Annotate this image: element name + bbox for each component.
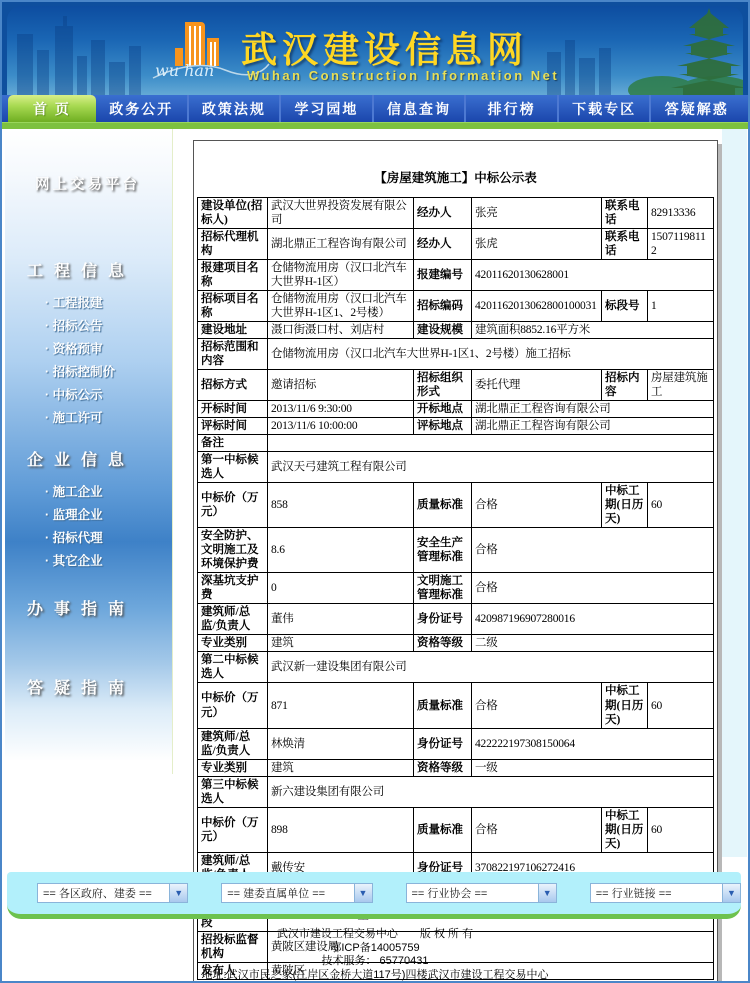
table-row: 中标价（万元）858质量标准合格中标工期(日历天)60 [198,483,714,528]
field-value-cell: 湖北鼎正工程咨询有限公司 [472,401,714,418]
chevron-down-icon[interactable]: ▼ [722,884,740,902]
table-row: 建设地址滠口街滠口村、刘店村建设规模建筑面积8852.16平方米 [198,322,714,339]
field-label-cell: 身份证号 [414,728,472,759]
commission-units-select[interactable]: == 建委直属单位 == ▼ [221,883,372,903]
field-label-cell: 第一中标候选人 [198,452,268,483]
field-value-cell: 邀请招标 [268,370,414,401]
field-value-cell: 1 [648,291,714,322]
field-label-cell: 资格等级 [414,759,472,776]
field-value-cell: 60 [648,807,714,852]
field-label-cell: 建设地址 [198,322,268,339]
main-navigation: 首 页 政务公开 政策法规 学习园地 信息查询 排行榜 下载专区 答疑解惑 [0,95,750,122]
table-row: 中标价（万元）898质量标准合格中标工期(日历天)60 [198,807,714,852]
field-label-cell: 第二中标候选人 [198,652,268,683]
sidebar-enterprise-info-list: 施工企业 监理企业 招标代理 其它企业 [5,482,172,574]
address-line: 地址:武汉市民之家(江岸区金桥大道117号)四楼武汉市建设工程交易中心 [0,969,750,983]
field-value-cell: 建筑面积8852.16平方米 [472,322,714,339]
field-label-cell: 备注 [198,435,268,452]
field-value-cell: 武汉新一建设集团有限公司 [268,652,714,683]
table-row: 深基坑支护费0文明施工管理标准合格 [198,573,714,604]
sidebar-section-faq-guide[interactable]: 答疑指南 [27,675,172,698]
header-banner: wu han 武汉建设信息网 Wuhan Construction Inform… [0,0,750,95]
field-label-cell: 经办人 [414,198,472,229]
field-label-cell: 招标组织形式 [414,370,472,401]
field-label-cell: 建筑师/总监/负责人 [198,604,268,635]
nav-tab-faq[interactable]: 答疑解惑 [651,95,742,122]
field-label-cell: 招标内容 [602,370,648,401]
sidebar-item-construction-permit[interactable]: 施工许可 [45,408,172,431]
field-value-cell: 张亮 [472,198,602,229]
table-row: 招标项目名称仓储物流用房（汉口北汽车大世界H-1区1、2号楼）招标编码42011… [198,291,714,322]
table-row: 建筑师/总监/负责人董伟身份证号420987196907280016 [198,604,714,635]
field-label-cell: 身份证号 [414,604,472,635]
field-label-cell: 中标工期(日历天) [602,683,648,728]
field-value-cell: 858 [268,483,414,528]
field-value-cell: 滠口街滠口村、刘店村 [268,322,414,339]
field-label-cell: 中标价（万元） [198,807,268,852]
table-row: 招标方式邀请招标招标组织形式委托代理招标内容房屋建筑施工 [198,370,714,401]
nav-tab-policies[interactable]: 政策法规 [189,95,282,122]
table-row: 专业类别建筑资格等级二级 [198,635,714,652]
field-value-cell: 898 [268,807,414,852]
site-subtitle: Wuhan Construction Information Net [247,68,559,83]
sidebar-item-tender-control-price[interactable]: 招标控制价 [45,362,172,385]
nav-tab-info-query[interactable]: 信息查询 [374,95,467,122]
svg-text:wu han: wu han [155,61,214,80]
sidebar-item-bid-publicity[interactable]: 中标公示 [45,385,172,408]
field-label-cell: 建筑师/总监/负责人 [198,728,268,759]
field-value-cell: 2013/11/6 10:00:00 [268,418,414,435]
nav-tab-rankings[interactable]: 排行榜 [466,95,559,122]
field-value-cell [268,435,714,452]
field-value-cell: 4201162013062800100031 [472,291,602,322]
field-value-cell: 合格 [472,483,602,528]
field-value-cell: 0 [268,573,414,604]
field-value-cell: 420987196907280016 [472,604,714,635]
field-value-cell: 15071198112 [648,229,714,260]
field-value-cell: 新六建设集团有限公司 [268,776,714,807]
field-label-cell: 安全防护、文明施工及环境保护费 [198,528,268,573]
bid-publicity-table: 建设单位(招标人)武汉大世界投资发展有限公司经办人张亮联系电话82913336招… [197,197,714,980]
bid-publicity-panel: 【房屋建筑施工】中标公示表 建设单位(招标人)武汉大世界投资发展有限公司经办人张… [193,140,718,983]
field-value-cell: 仓储物流用房（汉口北汽车大世界H-1区1、2号楼） [268,291,414,322]
field-label-cell: 报建项目名称 [198,260,268,291]
field-label-cell: 质量标准 [414,483,472,528]
table-row: 建筑师/总监/负责人林焕清身份证号422222197308150064 [198,728,714,759]
table-row: 第二中标候选人武汉新一建设集团有限公司 [198,652,714,683]
field-value-cell: 张虎 [472,229,602,260]
table-row: 招标范围和内容仓储物流用房（汉口北汽车大世界H-1区1、2号楼）施工招标 [198,339,714,370]
site-title: 武汉建设信息网 [241,22,528,73]
table-row: 评标时间2013/11/6 10:00:00评标地点湖北鼎正工程咨询有限公司 [198,418,714,435]
field-value-cell: 2013/11/6 9:30:00 [268,401,414,418]
field-label-cell: 中标工期(日历天) [602,807,648,852]
field-value-cell: 仓储物流用房（汉口北汽车大世界H-1区） [268,260,414,291]
field-label-cell: 中标价（万元） [198,683,268,728]
field-label-cell: 中标价（万元） [198,483,268,528]
field-value-cell: 林焕清 [268,728,414,759]
banner-background: wu han 武汉建设信息网 Wuhan Construction Inform… [7,6,743,95]
industry-association-select[interactable]: == 行业协会 == ▼ [406,883,557,903]
field-label-cell: 招标代理机构 [198,229,268,260]
field-value-cell: 422222197308150064 [472,728,714,759]
field-label-cell: 报建编号 [414,260,472,291]
bid-table-body: 建设单位(招标人)武汉大世界投资发展有限公司经办人张亮联系电话82913336招… [198,198,714,980]
field-value-cell: 合格 [472,807,602,852]
field-value-cell: 董伟 [268,604,414,635]
table-row: 开标时间2013/11/6 9:30:00开标地点湖北鼎正工程咨询有限公司 [198,401,714,418]
field-label-cell: 文明施工管理标准 [414,573,472,604]
nav-tab-learning[interactable]: 学习园地 [281,95,374,122]
commission-units-select-value: == 建委直属单位 == [222,884,353,902]
field-label-cell: 专业类别 [198,759,268,776]
field-value-cell: 建筑 [268,635,414,652]
field-label-cell: 专业类别 [198,635,268,652]
field-label-cell: 深基坑支护费 [198,573,268,604]
industry-links-select-value: == 行业链接 == [591,884,722,902]
field-label-cell: 招标方式 [198,370,268,401]
industry-links-select[interactable]: == 行业链接 == ▼ [590,883,741,903]
field-value-cell: 60 [648,483,714,528]
sidebar-section-project-info[interactable]: 工程信息 [27,258,172,281]
sidebar-platform-title[interactable]: 网上交易平台 [35,173,172,194]
field-label-cell: 质量标准 [414,807,472,852]
district-gov-select-value: == 各区政府、建委 == [38,884,169,902]
table-row: 中标价（万元）871质量标准合格中标工期(日历天)60 [198,683,714,728]
field-value-cell: 武汉天弓建筑工程有限公司 [268,452,714,483]
field-label-cell: 质量标准 [414,683,472,728]
field-value-cell: 42011620130628001 [472,260,714,291]
chevron-down-icon[interactable]: ▼ [538,884,556,902]
field-value-cell: 武汉大世界投资发展有限公司 [268,198,414,229]
sidebar-section-service-guide[interactable]: 办事指南 [27,596,172,619]
field-label-cell: 评标地点 [414,418,472,435]
sidebar-item-tender-announcement[interactable]: 招标公告 [45,316,172,339]
field-value-cell: 82913336 [648,198,714,229]
nav-tab-gov-affairs[interactable]: 政务公开 [96,95,189,122]
field-label-cell: 标段号 [602,291,648,322]
field-label-cell: 经办人 [414,229,472,260]
table-row: 报建项目名称仓储物流用房（汉口北汽车大世界H-1区）报建编号4201162013… [198,260,714,291]
nav-tab-downloads[interactable]: 下载专区 [559,95,652,122]
district-gov-select[interactable]: == 各区政府、建委 == ▼ [37,883,188,903]
field-label-cell: 联系电话 [602,229,648,260]
tech-service-line: 技术服务： 65770431 [0,955,750,969]
field-label-cell: 开标时间 [198,401,268,418]
page-footer: 武汉市建设工程交易中心 版 权 所 有 鄂ICP备14005759 技术服务： … [0,928,750,982]
table-row: 第一中标候选人武汉天弓建筑工程有限公司 [198,452,714,483]
field-value-cell: 合格 [472,528,714,573]
field-label-cell: 建设规模 [414,322,472,339]
field-value-cell: 60 [648,683,714,728]
sidebar-item-construction-enterprise[interactable]: 施工企业 [45,482,172,505]
field-label-cell: 中标工期(日历天) [602,483,648,528]
sidebar: 网上交易平台 工程信息 工程报建 招标公告 资格预审 招标控制价 中标公示 施工… [5,129,173,774]
field-value-cell: 房屋建筑施工 [648,370,714,401]
table-title: 【房屋建筑施工】中标公示表 [194,168,717,186]
field-label-cell: 招标范围和内容 [198,339,268,370]
field-value-cell: 合格 [472,683,602,728]
sidebar-project-info-list: 工程报建 招标公告 资格预审 招标控制价 中标公示 施工许可 [5,293,172,431]
sidebar-item-supervision-enterprise[interactable]: 监理企业 [45,505,172,528]
quick-links-band: == 各区政府、建委 == ▼ == 建委直属单位 == ▼ == 行业协会 =… [7,872,741,919]
field-value-cell: 湖北鼎正工程咨询有限公司 [268,229,414,260]
table-row: 建设单位(招标人)武汉大世界投资发展有限公司经办人张亮联系电话82913336 [198,198,714,229]
field-label-cell: 招标项目名称 [198,291,268,322]
field-value-cell: 一级 [472,759,714,776]
sidebar-section-enterprise-info[interactable]: 企业信息 [27,447,172,470]
field-label-cell: 建设单位(招标人) [198,198,268,229]
field-label-cell: 第三中标候选人 [198,776,268,807]
field-value-cell: 湖北鼎正工程咨询有限公司 [472,418,714,435]
field-value-cell: 委托代理 [472,370,602,401]
field-label-cell: 资格等级 [414,635,472,652]
sidebar-item-other-enterprise[interactable]: 其它企业 [45,551,172,574]
chevron-down-icon[interactable]: ▼ [354,884,372,902]
nav-underline-strip [0,122,750,129]
sidebar-item-project-registration[interactable]: 工程报建 [45,293,172,316]
field-value-cell: 合格 [472,573,714,604]
right-margin-tint [722,129,747,857]
field-value-cell: 建筑 [268,759,414,776]
field-label-cell: 联系电话 [602,198,648,229]
industry-association-select-value: == 行业协会 == [407,884,538,902]
table-row: 备注 [198,435,714,452]
chevron-down-icon[interactable]: ▼ [169,884,187,902]
sidebar-item-prequalification[interactable]: 资格预审 [45,339,172,362]
field-label-cell: 招标编码 [414,291,472,322]
field-value-cell: 二级 [472,635,714,652]
table-row: 专业类别建筑资格等级一级 [198,759,714,776]
sidebar-item-tender-agency[interactable]: 招标代理 [45,528,172,551]
icp-line: 鄂ICP备14005759 [0,942,750,956]
table-row: 安全防护、文明施工及环境保护费8.6安全生产管理标准合格 [198,528,714,573]
copyright-line: 武汉市建设工程交易中心 版 权 所 有 [0,928,750,942]
table-row: 第三中标候选人新六建设集团有限公司 [198,776,714,807]
field-value-cell: 仓储物流用房（汉口北汽车大世界H-1区1、2号楼）施工招标 [268,339,714,370]
field-label-cell: 评标时间 [198,418,268,435]
field-label-cell: 安全生产管理标准 [414,528,472,573]
field-value-cell: 871 [268,683,414,728]
field-value-cell: 8.6 [268,528,414,573]
table-row: 招标代理机构湖北鼎正工程咨询有限公司经办人张虎联系电话15071198112 [198,229,714,260]
nav-tab-home[interactable]: 首 页 [8,95,96,122]
field-label-cell: 开标地点 [414,401,472,418]
